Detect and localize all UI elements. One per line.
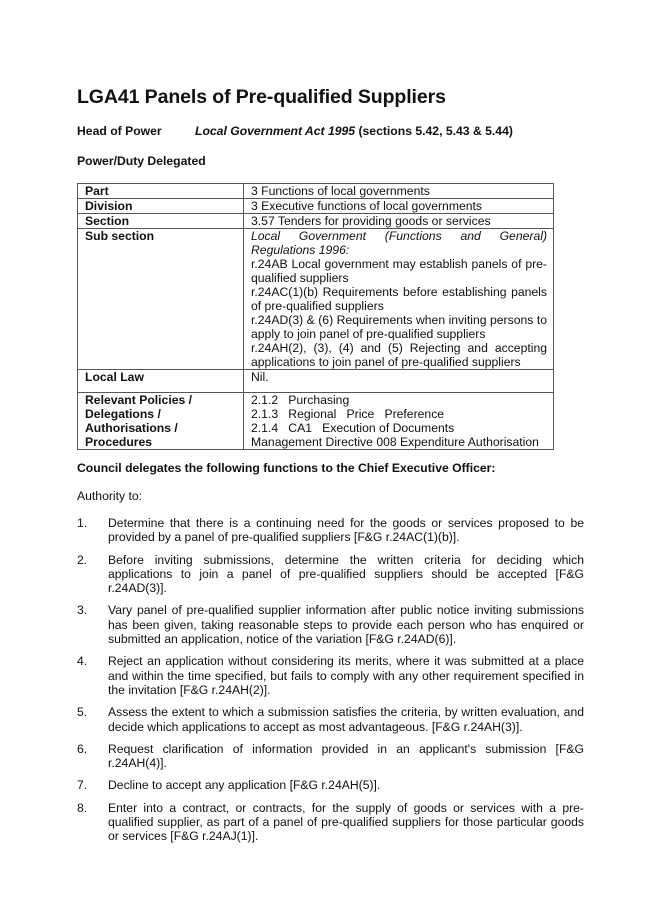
item-text: Determine that there is a continuing nee… bbox=[108, 516, 584, 545]
item-number: 3. bbox=[77, 603, 108, 646]
regulations-title: Local Government (Functions and General)… bbox=[251, 229, 547, 257]
item-text: Assess the extent to which a submission … bbox=[108, 705, 584, 734]
regulation-line: r.24AD(3) & (6) Requirements when inviti… bbox=[251, 313, 547, 341]
power-duty-heading: Power/Duty Delegated bbox=[77, 154, 206, 168]
list-item: 6. Request clarification of information … bbox=[77, 742, 584, 771]
row-label: Division bbox=[78, 199, 244, 214]
item-number: 1. bbox=[77, 516, 108, 545]
regulation-line: r.24AC(1)(b) Requirements before establi… bbox=[251, 285, 547, 313]
policy-line: Management Directive 008 Expenditure Aut… bbox=[251, 435, 547, 449]
table-row-sub-section: Sub section Local Government (Functions … bbox=[78, 229, 554, 370]
row-value: 2.1.2 Purchasing2.1.3 Regional Price Pre… bbox=[244, 393, 554, 450]
policy-line: 2.1.2 Purchasing bbox=[251, 393, 547, 407]
item-number: 2. bbox=[77, 553, 108, 596]
item-text: Vary panel of pre-qualified supplier inf… bbox=[108, 603, 584, 646]
row-label: Sub section bbox=[78, 229, 244, 370]
item-number: 5. bbox=[77, 705, 108, 734]
list-item: 4. Reject an application without conside… bbox=[77, 654, 584, 697]
head-of-power-act: Local Government Act 1995 bbox=[195, 124, 355, 138]
document-title: LGA41 Panels of Pre-qualified Suppliers bbox=[77, 86, 446, 109]
item-text: Enter into a contract, or contracts, for… bbox=[108, 801, 584, 844]
policy-line: 2.1.3 Regional Price Preference bbox=[251, 407, 547, 421]
label-line: Authorisations / bbox=[85, 421, 237, 435]
list-item: 7. Decline to accept any application [F&… bbox=[77, 778, 584, 792]
item-number: 4. bbox=[77, 654, 108, 697]
row-label: Relevant Policies / Delegations / Author… bbox=[78, 393, 244, 450]
row-label: Part bbox=[78, 184, 244, 199]
table-row-relevant-policies: Relevant Policies / Delegations / Author… bbox=[78, 393, 554, 450]
item-text: Decline to accept any application [F&G r… bbox=[108, 778, 584, 792]
table-row-section: Section 3.57 Tenders for providing goods… bbox=[78, 214, 554, 229]
head-of-power: Head of PowerLocal Government Act 1995 (… bbox=[77, 124, 513, 138]
row-value: 3.57 Tenders for providing goods or serv… bbox=[244, 214, 554, 229]
table-row-division: Division 3 Executive functions of local … bbox=[78, 199, 554, 214]
regulation-line: r.24AB Local government may establish pa… bbox=[251, 257, 547, 285]
item-text: Reject an application without considerin… bbox=[108, 654, 584, 697]
list-item: 8. Enter into a contract, or contracts, … bbox=[77, 801, 584, 844]
list-item: 5. Assess the extent to which a submissi… bbox=[77, 705, 584, 734]
item-text: Before inviting submissions, determine t… bbox=[108, 553, 584, 596]
head-of-power-label: Head of Power bbox=[77, 124, 195, 138]
item-number: 6. bbox=[77, 742, 108, 771]
list-item: 2. Before inviting submissions, determin… bbox=[77, 553, 584, 596]
head-of-power-sections: (sections 5.42, 5.43 & 5.44) bbox=[355, 124, 513, 138]
label-line: Procedures bbox=[85, 435, 237, 449]
row-value: 3 Executive functions of local governmen… bbox=[244, 199, 554, 214]
policy-line: 2.1.4 CA1 Execution of Documents bbox=[251, 421, 547, 435]
label-line: Relevant Policies / bbox=[85, 393, 237, 407]
label-line: Delegations / bbox=[85, 407, 237, 421]
list-item: 1. Determine that there is a continuing … bbox=[77, 516, 584, 545]
row-label: Local Law bbox=[78, 370, 244, 393]
item-number: 8. bbox=[77, 801, 108, 844]
item-text: Request clarification of information pro… bbox=[108, 742, 584, 771]
row-value: Local Government (Functions and General)… bbox=[244, 229, 554, 370]
item-number: 7. bbox=[77, 778, 108, 792]
list-item: 3. Vary panel of pre-qualified supplier … bbox=[77, 603, 584, 646]
row-label: Section bbox=[78, 214, 244, 229]
table-row-part: Part 3 Functions of local governments bbox=[78, 184, 554, 199]
functions-list: 1. Determine that there is a continuing … bbox=[77, 516, 584, 852]
council-statement: Council delegates the following function… bbox=[77, 461, 495, 475]
document-page: LGA41 Panels of Pre-qualified Suppliers … bbox=[0, 0, 653, 923]
table-row-local-law: Local Law Nil. bbox=[78, 370, 554, 393]
row-value: 3 Functions of local governments bbox=[244, 184, 554, 199]
authority-to: Authority to: bbox=[77, 489, 142, 503]
row-value: Nil. bbox=[244, 370, 554, 393]
regulation-line: r.24AH(2), (3), (4) and (5) Rejecting an… bbox=[251, 341, 547, 369]
delegation-table: Part 3 Functions of local governments Di… bbox=[77, 183, 554, 450]
